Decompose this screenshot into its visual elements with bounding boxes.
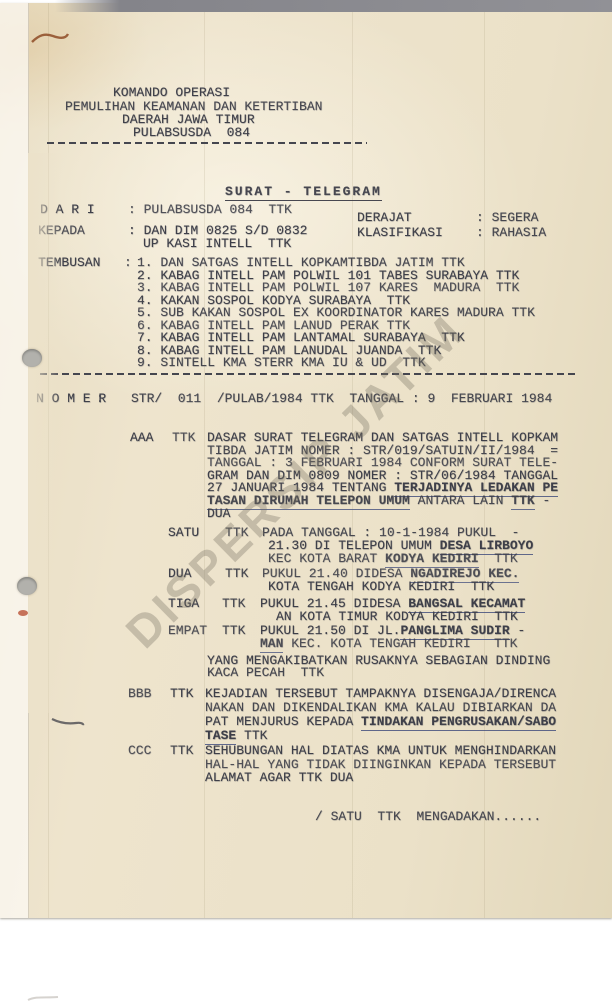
underlined-segment: TINDAKAN PENGRUSAKAN/SABO	[361, 714, 556, 731]
text-segment: TTK	[236, 728, 267, 743]
page-continuation: / SATU TTK MENGADAKAN......	[315, 810, 541, 823]
telegram-page: DISPERSIP JATIM KOMANDO OPERASI PEMULIHA…	[0, 3, 612, 918]
para-aaa-line: DUA	[207, 507, 230, 520]
subitem-dua-label: DUA	[168, 567, 191, 580]
subitem-dua-ttk: TTK	[225, 567, 248, 580]
subitem-dua-line: KOTA TENGAH KODYA KEDIRI TTK	[268, 580, 494, 593]
field-klasifikasi-label: KLASIFIKASI	[357, 226, 443, 239]
text-segment: KEC. KOTA TENGAH KEDIRI TTK	[283, 636, 517, 651]
para-aaa-label: AAA	[130, 431, 153, 444]
para-ccc-ttk: TTK	[170, 744, 193, 757]
field-klasifikasi-value: : RAHASIA	[476, 226, 546, 239]
scanner-smudge	[24, 990, 64, 1006]
red-ink-mark	[28, 27, 72, 49]
scanner-edge	[0, 0, 612, 12]
para-aaa-ttk: TTK	[172, 431, 195, 444]
para-ccc-line: SEHUBUNGAN HAL DIATAS KMA UNTUK MENGHIND…	[205, 744, 556, 757]
para-bbb-line: PAT MENJURUS KEPADA TINDAKAN PENGRUSAKAN…	[205, 715, 556, 728]
para-ccc-line: ALAMAT AGAR TTK DUA	[205, 771, 353, 784]
para-aaa-line: TASAN DIRUMAH TELEPON UMUM ANTARA LAIN T…	[207, 494, 550, 507]
para-bbb-line: NAKAN DAN DIKENDALIKAN KMA KALAU DIBIARK…	[205, 701, 556, 714]
tembusan-colon: :	[124, 256, 132, 269]
subitem-tiga-line: AN KOTA TIMUR KODYA KEDIRI TTK	[276, 610, 518, 623]
para-bbb-ttk: TTK	[170, 687, 193, 700]
subitem-empat-ttk: TTK	[222, 624, 245, 637]
letterhead-divider	[47, 142, 367, 144]
punch-hole	[17, 577, 37, 595]
subitem-tiga-ttk: TTK	[222, 597, 245, 610]
tembusan-item: 9. SINTELL KMA STERR KMA IU & UD TTK	[137, 356, 426, 369]
telegram-title: SURAT - TELEGRAM	[225, 185, 382, 198]
text-segment: PAT MENJURUS KEPADA	[205, 714, 361, 729]
field-derajat-label: DERAJAT	[357, 211, 412, 224]
section-divider	[40, 373, 577, 375]
para-ccc-label: CCC	[128, 744, 151, 757]
subitem-empat-label: EMPAT	[168, 624, 207, 637]
subitem-satu-label: SATU	[168, 526, 199, 539]
text-segment: KEC KOTA BARAT	[268, 551, 385, 566]
para-bbb-line: TASE TTK	[205, 729, 267, 742]
underlined-segment: TASAN DIRUMAH TELEPON UMUM	[207, 493, 410, 510]
subitem-tiga-label: TIGA	[168, 597, 199, 610]
text-segment: -	[535, 493, 551, 508]
red-dot-mark	[16, 607, 32, 619]
subitem-satu-line: KEC KOTA BARAT KODYA KEDIRI TTK	[268, 552, 518, 565]
punch-hole	[22, 349, 42, 367]
underlined-segment: TTK	[511, 493, 534, 510]
pen-scribble-mark	[48, 711, 88, 731]
field-dari-value: : PULABSUSDA 084 TTK	[128, 203, 292, 216]
paper-left-edge	[0, 3, 29, 918]
subitem-empat-line: MAN KEC. KOTA TENGAH KEDIRI TTK	[260, 637, 517, 650]
text-segment: TTK	[479, 551, 518, 566]
text-segment: ANTARA LAIN	[410, 493, 511, 508]
para-aaa-closing-line: KACA PECAH TTK	[207, 666, 324, 679]
letterhead-line-1: KOMANDO OPERASI	[113, 86, 230, 99]
scanned-telegram-document: { "scan": { "watermark": "DISPERSIP JATI…	[0, 0, 612, 1008]
nomer-value: STR/ 011 /PULAB/1984 TTK TANGGAL : 9 FEB…	[131, 392, 552, 405]
para-bbb-line: KEJADIAN TERSEBUT TAMPAKNYA DISENGAJA/DI…	[205, 687, 556, 700]
field-derajat-value: : SEGERA	[476, 211, 538, 224]
photocopy-fade	[28, 153, 62, 713]
telegram-title-text: SURAT - TELEGRAM	[225, 184, 382, 201]
underlined-segment: MAN	[260, 636, 283, 653]
subitem-satu-ttk: TTK	[225, 526, 248, 539]
para-bbb-label: BBB	[128, 687, 151, 700]
nomer-colon: :	[96, 392, 104, 405]
letterhead-line-4: PULABSUSDA 084	[133, 126, 250, 139]
field-kepada-value-2: UP KASI INTELL TTK	[143, 237, 291, 250]
